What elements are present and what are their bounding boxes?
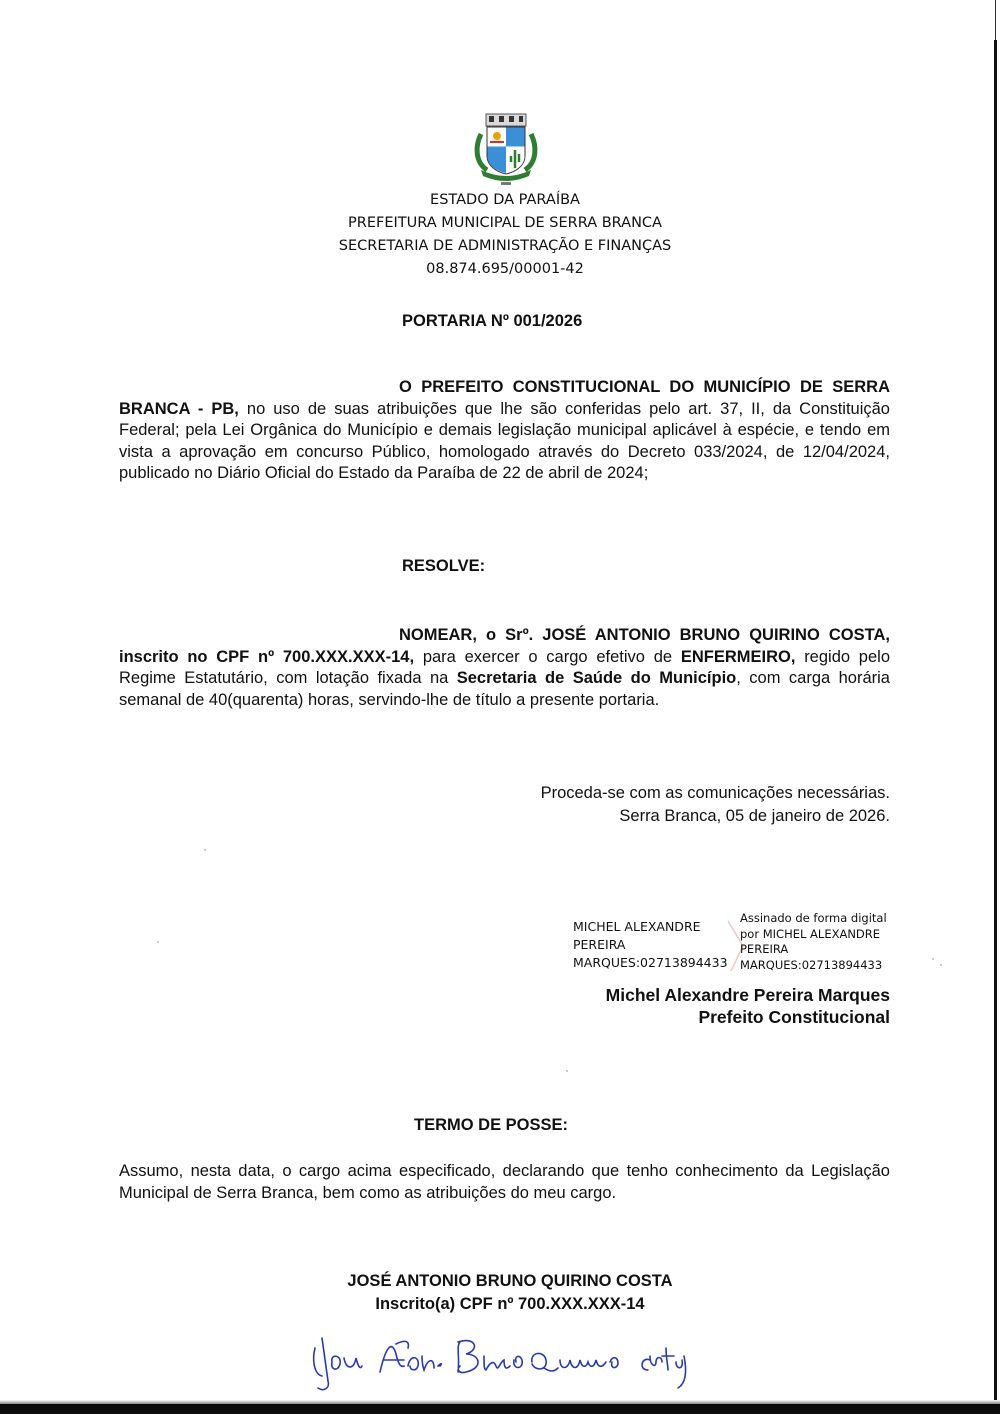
digital-signature-stamp: MICHEL ALEXANDRE PEREIRA MARQUES:0271389… [573, 916, 903, 980]
scan-edge-right [994, 40, 997, 1400]
resolve-heading: RESOLVE: [402, 557, 485, 576]
mayor-signature-block: Michel Alexandre Pereira Marques Prefeit… [606, 984, 890, 1028]
mayor-title: Prefeito Constitucional [606, 1006, 890, 1028]
handwritten-signature-icon [300, 1326, 800, 1396]
scan-speck [940, 964, 942, 966]
dsig-right-line: por MICHEL ALEXANDRE [740, 927, 887, 943]
dsig-right-line: PEREIRA [740, 942, 887, 958]
document-page: ESTADO DA PARAÍBA PREFEITURA MUNICIPAL D… [0, 0, 1000, 1414]
dsig-left-line: MICHEL ALEXANDRE [573, 918, 728, 936]
dsig-left-line: MARQUES:02713894433 [573, 954, 728, 972]
termo-heading: TERMO DE POSSE: [414, 1116, 568, 1135]
scan-speck [932, 958, 934, 960]
header-cnpj: 08.874.695/00001-42 [300, 258, 710, 281]
nomination-role: ENFERMEIRO, [681, 648, 796, 666]
nomination-text-1: para exercer o cargo efetivo de [423, 648, 672, 666]
header-secretaria: SECRETARIA DE ADMINISTRAÇÃO E FINANÇAS [300, 235, 710, 258]
mayor-name: Michel Alexandre Pereira Marques [606, 984, 890, 1006]
dsig-signer-id: MICHEL ALEXANDRE PEREIRA MARQUES:0271389… [573, 918, 728, 972]
termo-paragraph: Assumo, nesta data, o cargo acima especi… [119, 1161, 890, 1204]
dsig-left-line: PEREIRA [573, 936, 728, 954]
dsig-right-line: Assinado de forma digital [740, 911, 887, 927]
dsig-statement: Assinado de forma digital por MICHEL ALE… [740, 911, 887, 973]
preamble-paragraph: O PREFEITO CONSTITUCIONAL DO MUNICÍPIO D… [119, 377, 890, 485]
scan-speck [204, 849, 206, 851]
scan-edge-bottom [0, 1404, 1000, 1414]
appointee-name: JOSÉ ANTONIO BRUNO QUIRINO COSTA [300, 1270, 720, 1293]
appointee-cpf: Inscrito(a) CPF nº 700.XXX.XXX-14 [300, 1293, 720, 1316]
letterhead: ESTADO DA PARAÍBA PREFEITURA MUNICIPAL D… [300, 189, 710, 281]
header-state: ESTADO DA PARAÍBA [300, 189, 710, 212]
scan-edge [995, 0, 996, 40]
nomination-department: Secretaria de Saúde do Município [457, 669, 737, 687]
header-prefeitura: PREFEITURA MUNICIPAL DE SERRA BRANCA [300, 212, 710, 235]
municipal-coat-of-arms-icon [473, 112, 539, 188]
closing-block: Proceda-se com as comunicações necessári… [541, 782, 890, 828]
appointee-block: JOSÉ ANTONIO BRUNO QUIRINO COSTA Inscrit… [300, 1270, 720, 1316]
nomination-paragraph: NOMEAR, o Srº. JOSÉ ANTONIO BRUNO QUIRIN… [119, 625, 890, 711]
closing-line-1: Proceda-se com as comunicações necessári… [541, 782, 890, 805]
dsig-right-line: MARQUES:02713894433 [740, 958, 887, 974]
document-title: PORTARIA Nº 001/2026 [402, 312, 582, 331]
scan-speck [566, 1070, 568, 1072]
scan-speck [157, 941, 159, 943]
closing-place-date: Serra Branca, 05 de janeiro de 2026. [541, 805, 890, 828]
